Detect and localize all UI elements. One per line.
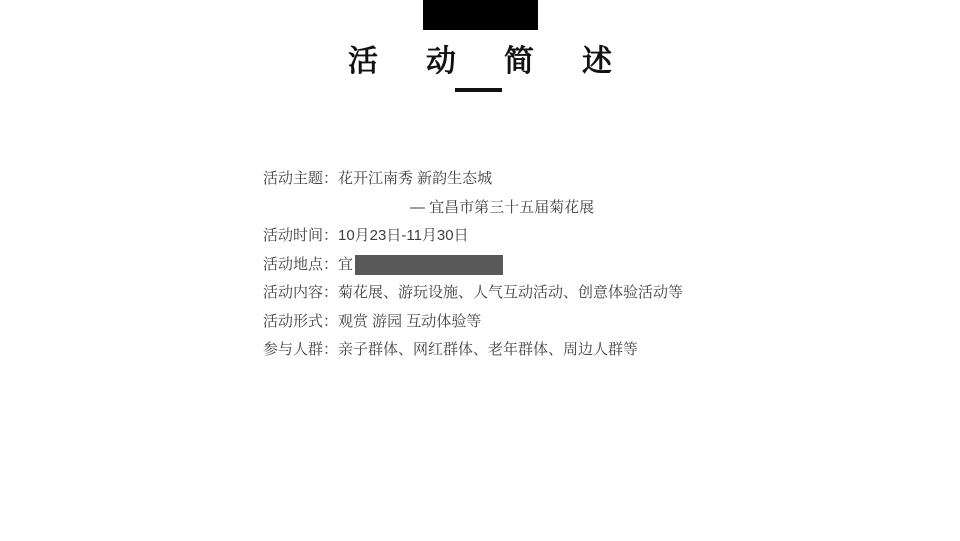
detail-line-format: 活动形式：观赏 游园 互动体验等 bbox=[263, 308, 683, 337]
detail-line-theme: 活动主题：花开江南秀 新韵生态城 bbox=[263, 165, 683, 194]
redacted-location-block bbox=[355, 255, 503, 275]
detail-line-time: 活动时间：10月23日-11月30日 bbox=[263, 222, 683, 251]
slide-title: 活动简述 bbox=[0, 44, 960, 80]
slide-canvas: 活动简述 活动主题：花开江南秀 新韵生态城 — 宜昌市第三十五届菊花展 活动时间… bbox=[0, 0, 960, 541]
detail-line-content: 活动内容：菊花展、游玩设施、人气互动活动、创意体验活动等 bbox=[263, 279, 683, 308]
detail-line-subtitle: — 宜昌市第三十五届菊花展 bbox=[263, 194, 683, 223]
title-underline-rule bbox=[455, 88, 502, 92]
redacted-logo-block bbox=[423, 0, 538, 30]
detail-line-participants: 参与人群：亲子群体、网红群体、老年群体、周边人群等 bbox=[263, 336, 683, 365]
